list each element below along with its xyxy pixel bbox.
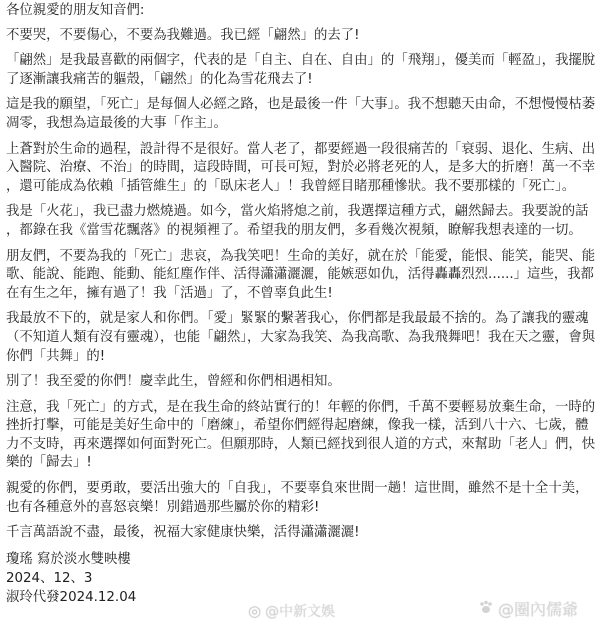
- weibo-icon: ◎: [248, 602, 261, 620]
- paragraph-dont-cry: 不要哭，不要傷心，不要為我難過。我已經「翩然」的去了!: [6, 27, 596, 46]
- paragraph-life-process: 上蒼對於生命的過程，設計得不是很好。當人老了，都要經過一段很痛苦的「衰弱、退化、…: [6, 141, 596, 197]
- signature-date: 2024、12、3: [6, 569, 596, 588]
- watermark-baidu-text: @圈內儒爺: [498, 597, 578, 620]
- watermark-weibo-text: @中新文娛: [265, 601, 335, 621]
- paragraph-farewell: 別了！我至愛的你們！慶幸此生，曾經和你們相遇相知。: [6, 373, 596, 392]
- paragraph-friends: 朋友們，不要為我的「死亡」悲哀，為我笑吧！生命的美好，就在於「能愛，能恨、能笑，…: [6, 248, 596, 304]
- paw-icon: [478, 599, 494, 619]
- paragraph-be-brave: 親愛的你們，要勇敢，要活出強大的「自我」，不要辜負來世間一趟！這世間，雖然不是十…: [6, 480, 596, 517]
- paragraph-spark: 我是「火花」，我已盡力燃燒過。如今，當火焰將熄之前，我選擇這種方式，翩然歸去。我…: [6, 203, 596, 240]
- watermark-weibo: ◎ @中新文娛: [248, 601, 335, 621]
- paragraph-wish: 這是我的願望，「死亡」是每個人必經之路，也是最後一件「大事」。我不想聽天由命，不…: [6, 96, 596, 133]
- paragraph-pianran: 「翩然」是我最喜歡的兩個字，代表的是「自主、自在、自由」的「飛翔」，優美而「輕盈…: [6, 52, 596, 89]
- letter-body: 各位親愛的朋友知音們: 不要哭，不要傷心，不要為我難過。我已經「翩然」的去了! …: [6, 2, 596, 607]
- letter-greeting: 各位親愛的朋友知音們:: [6, 2, 596, 21]
- signature-author: 瓊瑤 寫於淡水雙映樓: [6, 550, 596, 569]
- watermark-baidu: @圈內儒爺: [478, 597, 578, 620]
- paragraph-notice: 注意，我「死亡」的方式，是在我生命的終站實行的！年輕的你們，千萬不要輕易放棄生命…: [6, 399, 596, 473]
- paragraph-blessing: 千言萬語說不盡，最後，祝福大家健康快樂，活得瀟瀟灑灑!: [6, 524, 596, 543]
- paragraph-family: 我最放不下的，就是家人和你們。「愛」緊緊的繫著我心，你們都是我最最不捨的。為了讓…: [6, 310, 596, 366]
